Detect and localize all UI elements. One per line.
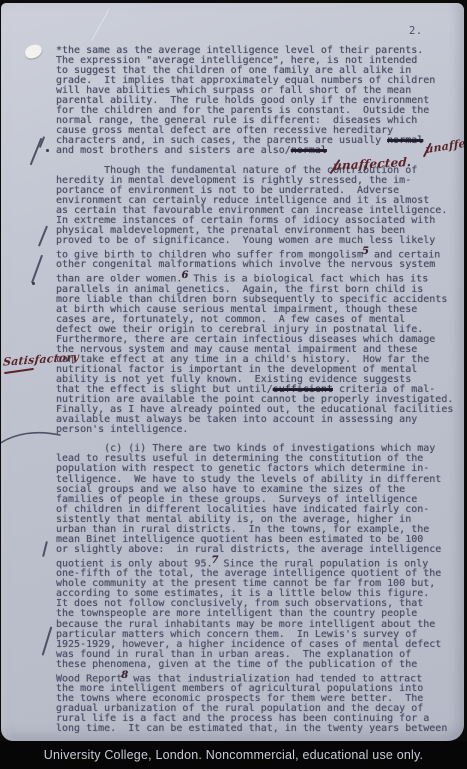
scanned-document-view: { "page": { "number": "2.", "footer": "U…	[0, 0, 467, 769]
margin-dot-mark	[32, 282, 35, 285]
margin-curve-mark	[1, 427, 63, 453]
footnote-number-mark: 7	[212, 555, 219, 566]
paragraph: Though the fundamental nature of the con…	[56, 166, 458, 436]
footnote-number-mark: 8	[121, 670, 128, 681]
paragraph: *the same as the average intelligence le…	[56, 46, 458, 157]
text-line: other congenital malformations which inv…	[56, 260, 458, 270]
struck-out-word: normal	[387, 135, 423, 146]
margin-slash-mark	[31, 255, 43, 284]
margin-slash-mark	[42, 626, 52, 655]
handwriting-flourish	[4, 368, 34, 374]
margin-slash-mark	[38, 226, 48, 247]
margin-slash-mark	[42, 541, 47, 557]
text-line: these phenomena, given at the time of th…	[56, 660, 458, 670]
text-line: than are older women.6 This is a biologi…	[56, 270, 458, 284]
text-line: long time. It can be estimated that, in …	[56, 724, 458, 734]
footnote-number-mark: 6	[181, 270, 188, 281]
text-line: proved to be of significance. Young wome…	[56, 236, 458, 246]
page-number: 2.	[409, 25, 423, 37]
text-line: or slightly above: in rural districts, t…	[56, 545, 458, 555]
scanned-page: 2. *the same as the average intelligence…	[1, 3, 464, 741]
paper-crease	[91, 8, 110, 41]
text-line: Wood Report8 was that industrialization …	[56, 670, 458, 684]
paper-chip	[24, 43, 44, 60]
text-line: person's intelligence.	[56, 425, 458, 435]
paragraph: (c) (i) There are two kinds of investiga…	[56, 444, 458, 734]
footnote-number-mark: 5	[362, 246, 369, 257]
margin-dot-mark	[46, 149, 49, 152]
typed-text-block: *the same as the average intelligence le…	[56, 46, 458, 741]
attribution-text: University College, London. Noncommercia…	[44, 748, 423, 762]
attribution-bar: University College, London. Noncommercia…	[0, 741, 467, 769]
struck-out-word: normal	[291, 145, 327, 156]
text-line: the townspeople are more intelligent tha…	[56, 609, 458, 619]
